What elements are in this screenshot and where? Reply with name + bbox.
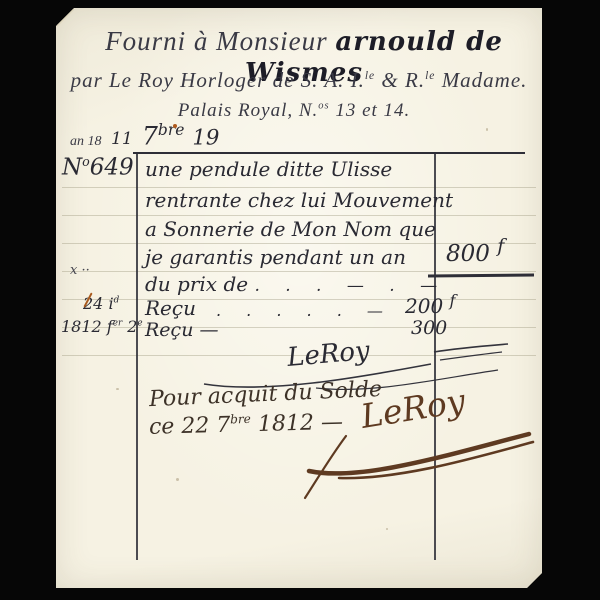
description-line-2: rentrante chez lui Mouvement — [145, 188, 453, 212]
signature-leroy-flourish-2: LeRoy — [291, 386, 541, 501]
margin-date2-text: 1812 f — [61, 317, 113, 336]
address-text: Palais Royal, N. — [178, 100, 319, 121]
date-printed-prefix: an 18 — [70, 134, 102, 150]
leader-dots: . . . — . — — [254, 276, 439, 296]
price-number: 800 — [446, 241, 490, 267]
date-day: 19 — [192, 125, 219, 150]
table-top-rule — [133, 152, 525, 154]
entry-number-prefix: N — [62, 155, 82, 181]
date-month-sup: bre — [158, 121, 185, 139]
row1-amount-number: 200 — [405, 294, 443, 318]
price-underline — [428, 274, 534, 278]
payment-row1-dots: . . . . . — — [216, 301, 385, 320]
paper-fold-top-left — [57, 9, 83, 35]
date-month: 7 — [142, 121, 158, 150]
entry-number: No649 — [62, 154, 134, 181]
payment-row1-label: Reçu — [145, 296, 196, 320]
payment-margin-date-2: 1812 fer 2e — [61, 317, 143, 336]
signature-1-name: LeRoy — [285, 336, 371, 373]
letterhead-printed-text: Fourni à Monsieur — [105, 26, 328, 56]
letterhead-address-line: Palais Royal, N.os 13 et 14. — [64, 100, 524, 122]
paper-fold-bottom-right — [518, 564, 542, 588]
address-sup: os — [318, 101, 329, 112]
table-left-column-rule — [136, 152, 138, 560]
price-of-text: du prix de — [145, 272, 248, 296]
merchant-line-text: & R. — [375, 68, 425, 92]
price-currency: f — [497, 235, 504, 257]
letterhead-merchant-line: par Le Roy Horloger de S. A. I.le & R.le… — [64, 68, 534, 93]
acquit-date-sup: bre — [230, 412, 251, 427]
entry-number-sup: o — [82, 154, 90, 169]
merchant-line-text: Madame. — [435, 68, 527, 92]
entry-number-value: 649 — [90, 155, 134, 181]
description-line-3: a Sonnerie de Mon Nom que — [145, 217, 436, 241]
row1-amount-currency: f — [450, 291, 456, 310]
invoice-paper: Fourni à Monsieur arnould de Wismes par … — [56, 8, 542, 588]
signature-2-name: LeRoy — [357, 386, 468, 436]
margin-check-mark: x ·· — [70, 263, 90, 278]
margin-date2-sup: er — [113, 319, 122, 329]
description-line-4: je garantis pendant un an — [145, 245, 406, 269]
merchant-line-sup: le — [365, 70, 375, 82]
paper-speck — [176, 478, 179, 481]
paper-speck — [116, 388, 119, 390]
date-month-day: 7bre 19 — [142, 121, 219, 150]
description-line-5: du prix de . . . — . — — [145, 272, 439, 296]
margin-date2-sup: e — [137, 319, 142, 329]
payment-row1-amount: 200 f — [405, 294, 455, 318]
orange-ink-mark — [173, 124, 177, 128]
address-text: 13 et 14. — [330, 100, 411, 121]
paper-speck — [486, 128, 488, 131]
margin-date1-sup: d — [114, 296, 120, 306]
description-line-1: une pendule ditte Ulisse — [145, 157, 392, 181]
price-value: 800 f — [446, 241, 504, 267]
merchant-line-text: par Le Roy Horloger de S. A. I. — [71, 68, 365, 92]
acquit-date-text: ce 22 7 — [149, 413, 231, 440]
merchant-line-sup: le — [425, 70, 435, 82]
photo-background: Fourni à Monsieur arnould de Wismes par … — [0, 0, 600, 600]
margin-date2-text: 2 — [122, 317, 137, 336]
paper-speck — [386, 528, 388, 530]
date-year: 11 — [111, 129, 133, 149]
